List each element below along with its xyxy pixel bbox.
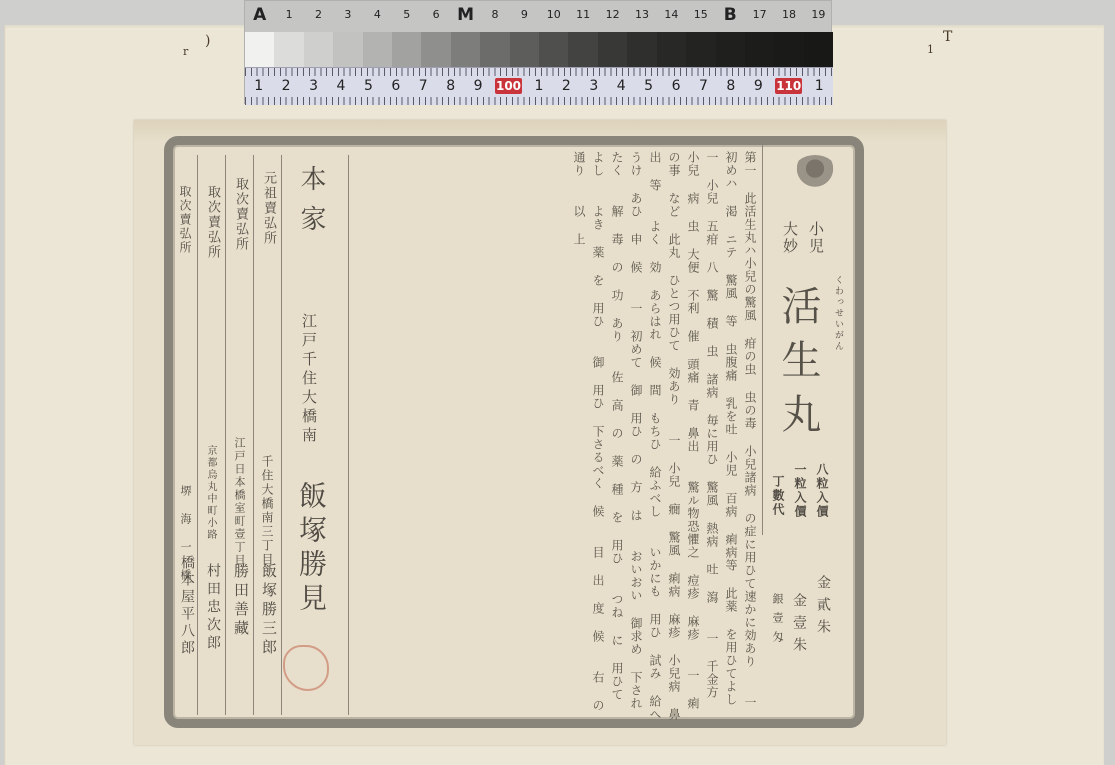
ruler-number: 2 bbox=[553, 76, 580, 96]
ruler-number: 1 bbox=[245, 76, 272, 96]
patch-label: M bbox=[451, 1, 480, 31]
patch-label: 15 bbox=[686, 1, 715, 31]
price-value-3: 銀壹匁 bbox=[769, 593, 785, 650]
ruler-number: 3 bbox=[580, 76, 607, 96]
patch-label: 3 bbox=[333, 1, 362, 31]
ruler-number: 9 bbox=[745, 76, 772, 96]
patch-label: 5 bbox=[392, 1, 421, 31]
ruler-number: 5 bbox=[355, 76, 382, 96]
seller-role: 取次賣弘所 bbox=[177, 185, 194, 255]
patch-label: 6 bbox=[421, 1, 450, 31]
gray-patch bbox=[627, 32, 656, 67]
seller-name: 飯塚勝三郎 bbox=[259, 563, 280, 658]
patch-label: 2 bbox=[304, 1, 333, 31]
ruler-numbers: 1234567891001234567891101 bbox=[245, 76, 833, 96]
divider-rule bbox=[197, 155, 198, 715]
gray-patch bbox=[304, 32, 333, 67]
seller-role: 取次賣弘所 bbox=[231, 177, 250, 252]
gray-patch bbox=[274, 32, 303, 67]
gray-patch bbox=[451, 32, 480, 67]
gray-patch bbox=[245, 32, 274, 67]
price-row-1: 八粒入價 bbox=[814, 463, 831, 519]
mat-mark: T bbox=[943, 29, 952, 45]
mat-mark: 1 bbox=[927, 43, 934, 56]
price-value-2: 金壹朱 bbox=[789, 593, 809, 659]
title-small-2: 大妙 bbox=[780, 221, 801, 255]
patch-label: 12 bbox=[598, 1, 627, 31]
body-column: 一 小兒 五疳 八 驚 積 虫 諸病 毎に用ひ 驚風 熱病 吐 瀉 bbox=[705, 151, 719, 604]
ruler-number: 2 bbox=[272, 76, 299, 96]
price-row-3: 丁數代 bbox=[770, 475, 787, 517]
gray-scale-patches bbox=[245, 32, 833, 67]
gray-patch bbox=[392, 32, 421, 67]
body-column: 一 初めて 御 用ひ の 方 は bbox=[629, 302, 643, 522]
mat-mark: r bbox=[183, 45, 188, 58]
seller-role: 取次賣弘所 bbox=[203, 185, 222, 260]
patch-label: 17 bbox=[745, 1, 774, 31]
print-sheet: 小児 大妙 活生丸 くわっせいがん 八粒入價 一粒入價 丁數代 金貳朱 金壹朱 … bbox=[134, 120, 946, 745]
divider-rule bbox=[281, 155, 282, 715]
gray-patch bbox=[421, 32, 450, 67]
ruler-number: 7 bbox=[410, 76, 437, 96]
seller-name: 橋本屋平八郎 bbox=[177, 555, 197, 657]
body-column: うけ あひ 申 候 bbox=[629, 151, 643, 274]
ruler-ticks bbox=[245, 97, 833, 105]
ruler-number: 8 bbox=[717, 76, 744, 96]
body-column: よき 薬 を 用ひ bbox=[591, 205, 605, 328]
body-column: いかにも 用ひ 試み 給へ bbox=[648, 546, 662, 721]
gray-patch bbox=[657, 32, 686, 67]
divider-rule bbox=[225, 155, 226, 715]
ruler-number: 6 bbox=[662, 76, 689, 96]
seller-name: 勝田善藏 bbox=[231, 563, 252, 639]
seller-address: 江戸日本橋室町壹丁目 bbox=[231, 437, 247, 567]
body-column: よく 効 あらはれ 候 間 もちひ 給ふべし bbox=[648, 220, 662, 518]
patch-label: 19 bbox=[804, 1, 833, 31]
body-column: 第一 此活生丸ハ小兒の驚風 疳の虫 虫の毒 小兒諸病 の症に用ひて速かに効あり bbox=[743, 151, 757, 668]
patch-label: 14 bbox=[657, 1, 686, 31]
patch-label: 9 bbox=[510, 1, 539, 31]
gray-patch bbox=[480, 32, 509, 67]
honke-name: 飯塚勝見 bbox=[291, 481, 331, 617]
ruler-number: 110 bbox=[775, 78, 802, 94]
gray-patch bbox=[539, 32, 568, 67]
ruler-number: 4 bbox=[327, 76, 354, 96]
divider-rule bbox=[762, 145, 763, 535]
seller-address: 千住大橋南三丁目 bbox=[259, 455, 276, 567]
crest-emblem-icon bbox=[793, 155, 837, 189]
seller-role: 元祖賣弘所 bbox=[259, 171, 278, 246]
body-column: 目 出 度 候 bbox=[591, 546, 605, 643]
gray-patch bbox=[686, 32, 715, 67]
patch-label: 11 bbox=[568, 1, 597, 31]
patch-label: 1 bbox=[274, 1, 303, 31]
calibration-target: A123456M89101112131415B171819 1234567891… bbox=[244, 0, 832, 104]
honke-label: 本家 bbox=[293, 165, 330, 245]
ruler-number: 1 bbox=[805, 76, 832, 96]
divider-rule bbox=[348, 155, 349, 715]
body-column: 驚ル物恐懼之 痘疹 麻疹 bbox=[686, 481, 700, 641]
honke-address: 江戸千住大橋南 bbox=[299, 313, 320, 446]
print-border-frame: 小児 大妙 活生丸 くわっせいがん 八粒入價 一粒入價 丁數代 金貳朱 金壹朱 … bbox=[164, 136, 864, 728]
ruler-number: 1 bbox=[525, 76, 552, 96]
gray-patch bbox=[510, 32, 539, 67]
patch-label: 18 bbox=[774, 1, 803, 31]
title-furigana: くわっせいがん bbox=[832, 275, 845, 352]
price-row-2: 一粒入價 bbox=[792, 463, 809, 519]
mat-mark: ) bbox=[205, 33, 210, 49]
body-column: 佐 高 の 薬 種 を 用ひ bbox=[610, 371, 624, 565]
ruler-number: 6 bbox=[382, 76, 409, 96]
title-small-1: 小児 bbox=[806, 221, 827, 255]
body-column: 解 毒 の 功 あり bbox=[610, 205, 624, 343]
gray-patch bbox=[568, 32, 597, 67]
body-column: 御 用ひ 下さるべく 候 bbox=[591, 356, 605, 518]
gray-patch bbox=[716, 32, 745, 67]
ruler-number: 4 bbox=[607, 76, 634, 96]
seller-address: 京都烏丸中町小路 bbox=[203, 445, 218, 541]
body-column: 以 上 bbox=[572, 205, 586, 246]
seller-name: 村田忠次郎 bbox=[203, 563, 223, 653]
ruler-number: 7 bbox=[690, 76, 717, 96]
divider-rule bbox=[253, 155, 254, 715]
patch-labels: A123456M89101112131415B171819 bbox=[245, 1, 833, 31]
patch-label: 10 bbox=[539, 1, 568, 31]
ruler-number: 100 bbox=[495, 78, 522, 94]
gray-patch bbox=[745, 32, 774, 67]
gray-patch bbox=[333, 32, 362, 67]
gray-patch bbox=[598, 32, 627, 67]
patch-label: 13 bbox=[627, 1, 656, 31]
ruler-number: 8 bbox=[437, 76, 464, 96]
gray-patch bbox=[774, 32, 803, 67]
patch-label: B bbox=[716, 1, 745, 31]
patch-label: A bbox=[245, 1, 274, 31]
gray-patch bbox=[363, 32, 392, 67]
gray-patch bbox=[804, 32, 833, 67]
title-main: 活生丸 bbox=[770, 285, 827, 447]
ruler-number: 5 bbox=[635, 76, 662, 96]
patch-label: 8 bbox=[480, 1, 509, 31]
price-value-1: 金貳朱 bbox=[813, 575, 833, 641]
ruler-number: 9 bbox=[464, 76, 491, 96]
ruler-ticks bbox=[245, 68, 833, 76]
ruler: 1234567891001234567891101 bbox=[245, 67, 833, 105]
ruler-number: 3 bbox=[300, 76, 327, 96]
patch-label: 4 bbox=[363, 1, 392, 31]
